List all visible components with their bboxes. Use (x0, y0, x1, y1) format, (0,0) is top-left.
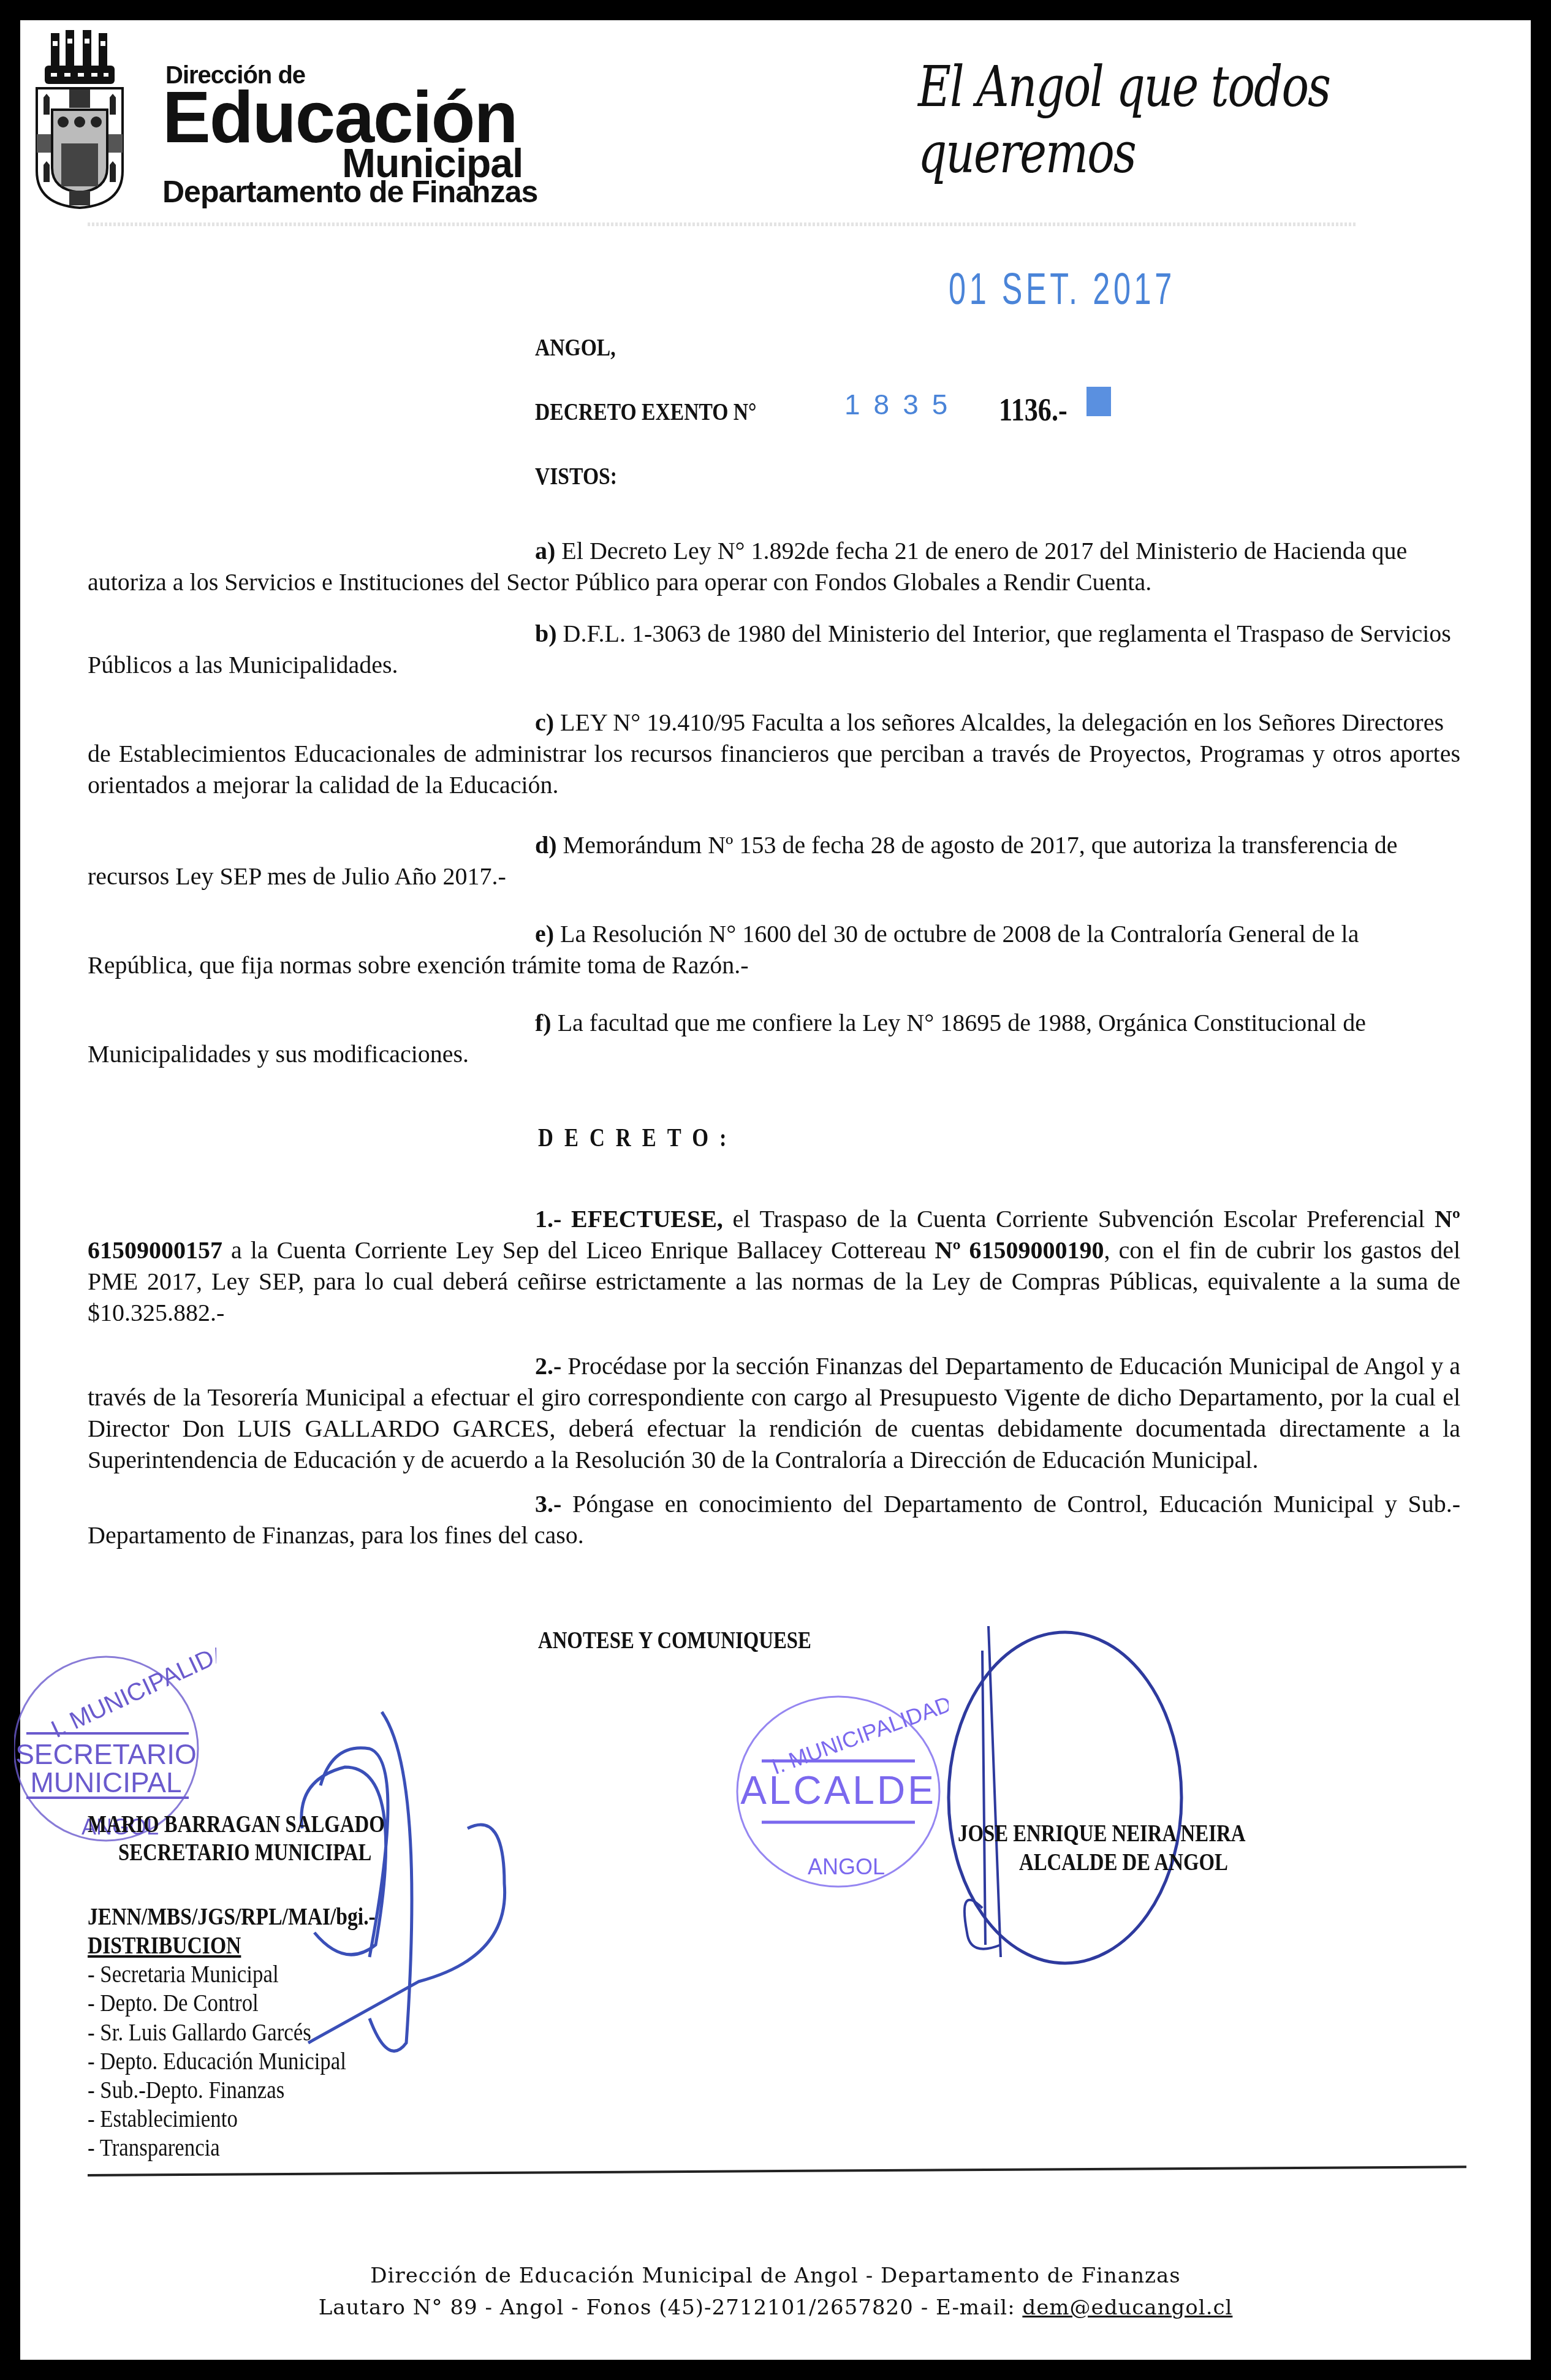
distribution-item: - Depto. De Control (88, 1988, 386, 2017)
vistos-item-first-line: e) La Resolución N° 1600 del 30 de octub… (88, 918, 1460, 949)
distribution-item: - Secretaria Municipal (88, 1960, 386, 1988)
vistos-item: e) La Resolución N° 1600 del 30 de octub… (88, 918, 1460, 981)
vistos-item-first-line: f) La facultad que me confiere la Ley N°… (88, 1007, 1460, 1038)
vistos-item-label: a) (535, 537, 561, 565)
svg-text:MUNICIPAL: MUNICIPAL (30, 1766, 181, 1798)
date-stamp: 01 SET. 2017 (949, 264, 1175, 314)
distribution-item: - Sr. Luis Gallardo Garcés (88, 2018, 386, 2047)
decree-number: 1136.- (999, 392, 1067, 428)
svg-text:SECRETARIO: SECRETARIO (15, 1738, 197, 1770)
vistos-item-label: d) (535, 831, 563, 859)
decreto-item-number: 3.- (535, 1490, 572, 1518)
coat-of-arms-icon (34, 30, 126, 209)
vistos-item: b) D.F.L. 1-3063 de 1980 del Ministerio … (88, 618, 1460, 680)
distribution-item: - Depto. Educación Municipal (88, 2047, 386, 2075)
vistos-item-continuation: Municipalidades y sus modificaciones. (88, 1040, 469, 1068)
svg-text:I. MUNICIPALIDAD: I. MUNICIPALIDAD (47, 1648, 216, 1743)
email-link[interactable]: dem@educangol.cl (1022, 2295, 1232, 2320)
footer-organization: Dirección de Educación Municipal de Ango… (20, 2264, 1531, 2288)
decree-label: DECRETO EXENTO N° (535, 397, 757, 426)
vistos-item: f) La facultad que me confiere la Ley N°… (88, 1007, 1460, 1070)
closing-formula: ANOTESE Y COMUNIQUESE (538, 1626, 811, 1654)
vistos-item-first-line: a) El Decreto Ley N° 1.892de fecha 21 de… (88, 535, 1460, 566)
registry-suffix-stamp (1086, 387, 1111, 416)
distribution-item: - Establecimiento (88, 2104, 386, 2133)
vistos-item: a) El Decreto Ley N° 1.892de fecha 21 de… (88, 535, 1460, 598)
header-divider (88, 222, 1356, 226)
vistos-item-continuation: recursos Ley SEP mes de Julio Año 2017.- (88, 862, 506, 890)
distribution-block: JENN/MBS/JGS/RPL/MAI/bgi.- DISTRIBUCION … (88, 1902, 439, 2162)
reference-initials: JENN/MBS/JGS/RPL/MAI/bgi.- (88, 1902, 376, 1931)
city-label: ANGOL, (535, 333, 616, 362)
mayor-title: ALCALDE DE ANGOL (1019, 1848, 1228, 1876)
distribution-item: - Sub.-Depto. Finanzas (88, 2075, 386, 2104)
distribution-item: - Transparencia (88, 2133, 386, 2162)
vistos-item-label: f) (535, 1009, 558, 1036)
footer-divider (88, 2165, 1466, 2177)
decreto-item-lead: EFECTUESE, (571, 1205, 723, 1233)
decreto-heading: DECRETO: (538, 1123, 737, 1153)
source-account-number: Nº 61509000157 (88, 1205, 1460, 1264)
vistos-item-continuation: autoriza a los Servicios e Instituciones… (88, 568, 1151, 596)
decreto-item: 1.- EFECTUESE, el Traspaso de la Cuenta … (88, 1203, 1460, 1328)
vistos-item-continuation: Públicos a las Municipalidades. (88, 651, 398, 679)
vistos-item-first-line: d) Memorándum Nº 153 de fecha 28 de agos… (88, 829, 1460, 861)
mayor-signature (909, 1626, 1203, 1969)
decreto-item: 2.- Procédase por la sección Finanzas de… (88, 1350, 1460, 1475)
destination-account-number: Nº 61509000190 (935, 1236, 1104, 1264)
svg-text:ANGOL: ANGOL (808, 1854, 885, 1879)
vistos-item-continuation: de Establecimientos Educacionales de adm… (88, 740, 1460, 799)
decreto-item: 3.- Póngase en conocimiento del Departam… (88, 1488, 1460, 1551)
letterhead-department: Departamento de Finanzas (162, 177, 537, 207)
vistos-item-label: c) (535, 709, 560, 736)
mayor-name: JOSE ENRIQUE NEIRA NEIRA (958, 1819, 1245, 1847)
decreto-item-number: 1.- (535, 1205, 571, 1233)
vistos-item: c) LEY N° 19.410/95 Faculta a los señore… (88, 707, 1460, 800)
slogan: El Angol que todos queremos (918, 54, 1531, 186)
vistos-item-first-line: c) LEY N° 19.410/95 Faculta a los señore… (88, 707, 1460, 738)
distribution-title: DISTRIBUCION (88, 1931, 376, 1960)
footer-address: Lautaro N° 89 - Angol - Fonos (45)-27121… (319, 2295, 1023, 2320)
registry-number-stamp: 1835 (844, 388, 961, 421)
svg-text:ALCALDE: ALCALDE (740, 1768, 936, 1812)
vistos-item-first-line: b) D.F.L. 1-3063 de 1980 del Ministerio … (88, 618, 1460, 649)
secretary-title: SECRETARIO MUNICIPAL (118, 1838, 371, 1866)
vistos-heading: VISTOS: (535, 462, 617, 490)
vistos-item-label: b) (535, 620, 563, 647)
vistos-item-label: e) (535, 920, 560, 948)
secretary-name: MARIO BARRAGAN SALGADO (88, 1810, 385, 1838)
distribution-list: - Secretaria Municipal- Depto. De Contro… (88, 1960, 439, 2162)
footer-contact: Lautaro N° 89 - Angol - Fonos (45)-27121… (20, 2295, 1531, 2320)
decreto-item-number: 2.- (535, 1352, 567, 1380)
vistos-item: d) Memorándum Nº 153 de fecha 28 de agos… (88, 829, 1460, 892)
document-page: Dirección de Educación Municipal Departa… (20, 20, 1531, 2360)
vistos-item-continuation: República, que fija normas sobre exenció… (88, 951, 749, 979)
